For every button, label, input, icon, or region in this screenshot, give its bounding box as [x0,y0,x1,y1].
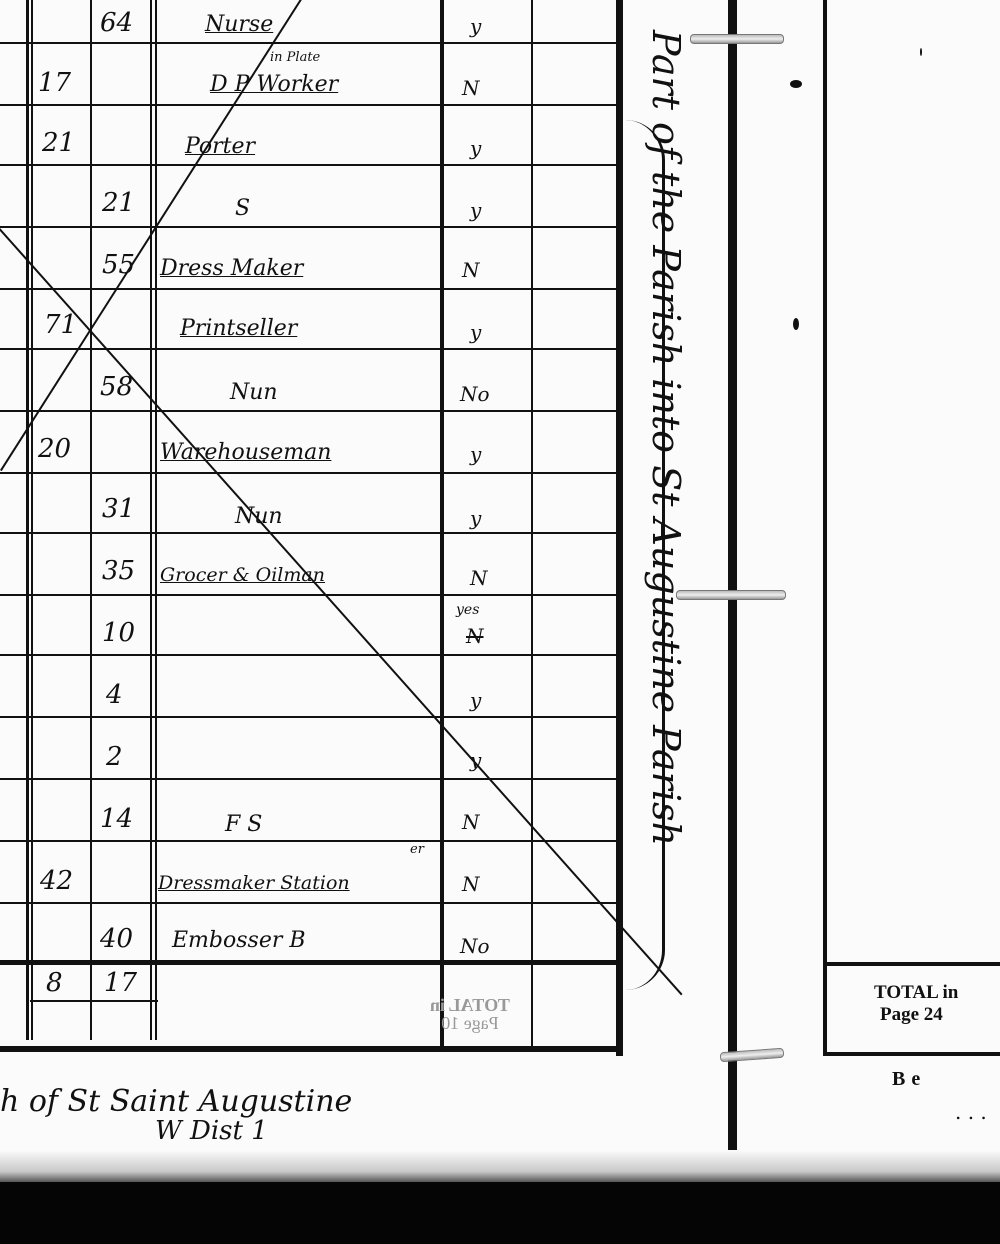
occupation-note: in Plate [270,50,320,65]
age-female: 40 [100,924,133,954]
row-line [0,348,616,350]
row-line [0,164,616,166]
right-total-label: TOTAL in [874,982,958,1004]
age-female: 55 [102,250,135,280]
born-in-county: y [470,748,481,772]
row-line [0,716,616,718]
row-line [0,410,616,412]
occupation: Grocer & Oilman [160,564,325,586]
age-female: 2 [106,742,123,772]
born-in-county: N [462,872,480,896]
born-in-county: N [462,258,480,282]
age-female: 31 [102,494,135,524]
occupation: F S [225,812,262,837]
right-page-table [823,0,1000,1056]
col-divider-4 [440,0,444,1050]
page-edge-shadow [0,1150,1000,1186]
row-line [0,288,616,290]
row-line [0,902,616,904]
right-footer-fragment: Be [892,1068,926,1091]
staple-middle [676,590,786,600]
ink-speck [793,318,799,330]
born-in-county: N [462,76,480,100]
dotted-leader: . . . [955,1100,987,1124]
row-line [0,532,616,534]
table-bottom-line [0,1046,622,1052]
born-in-county: y [470,136,481,160]
footer-district: W Dist 1 [155,1116,268,1146]
col-divider-1b [31,0,33,1040]
row-line [0,778,616,780]
row-line [0,42,616,44]
census-page: 64 Nurse y 17 in Plate D P Worker N 21 P… [0,0,1000,1244]
col-divider-3b [155,0,157,1040]
age-male: 71 [44,310,77,340]
mirrored-total-label: TOTAL in [430,996,510,1014]
right-page-label: Page 24 [874,1004,958,1026]
occupation: Porter [185,134,255,159]
occupation: Embosser B [172,928,306,953]
age-female: 58 [100,372,133,402]
occupation: S [235,196,250,221]
born-in-county: y [470,506,481,530]
occupation: Nurse [205,12,273,37]
occupation: Dressmaker Station [158,872,350,894]
age-male: 20 [38,434,71,464]
footer-location: h of St Saint Augustine [0,1084,352,1119]
col-divider-3 [150,0,152,1040]
age-male: 42 [40,866,73,896]
occupation: Nun [235,504,283,529]
occupation: Nun [230,380,278,405]
col-divider-2 [90,0,92,1040]
age-female: 4 [106,680,123,710]
born-in-county: y [470,442,481,466]
age-male: 17 [38,68,71,98]
totals-top-line [0,960,616,965]
total-female: 17 [104,968,137,998]
age-female: 14 [100,804,133,834]
col-divider-1 [26,0,29,1040]
right-total-separator [827,962,1000,966]
age-female: 64 [100,8,133,38]
born-in-county: yes [456,602,479,618]
row-line [0,472,616,474]
born-in-county: y [470,688,481,712]
row-line [0,104,616,106]
row-line [0,594,616,596]
col-divider-5 [531,0,533,1050]
row-line [0,226,616,228]
born-in-county: y [470,198,481,222]
right-total-block: TOTAL in Page 24 [874,982,958,1026]
scan-border [0,1182,1000,1244]
born-in-county: y [470,320,481,344]
mirrored-page-label: Page 10 [430,1014,510,1032]
totals-underline [30,1000,158,1002]
age-male: 21 [42,128,75,158]
margin-note-text: Part of the Parish into St Augustine Par… [644,30,688,846]
born-in-county: No [460,934,490,958]
ink-speck [790,80,802,88]
born-in-county-struck: N [466,624,484,648]
occupation: Dress Maker [160,256,303,281]
age-female: 10 [102,618,135,648]
born-in-county: No [460,382,490,406]
born-in-county: y [470,14,481,38]
age-female: 21 [102,188,135,218]
margin-note: Part of the Parish into St Augustine Par… [640,30,700,1130]
staple-top [690,34,784,44]
occupation: Printseller [180,316,297,341]
row-line [0,654,616,656]
occupation: Warehouseman [160,440,331,465]
row-line [0,840,616,842]
occupation-note: er [410,842,424,857]
occupation: D P Worker [210,72,338,97]
total-male: 8 [46,968,63,998]
born-in-county: N [470,566,488,590]
age-female: 35 [102,556,135,586]
mirrored-total-stamp: TOTAL in Page 10 [430,996,510,1032]
born-in-county: N [462,810,480,834]
